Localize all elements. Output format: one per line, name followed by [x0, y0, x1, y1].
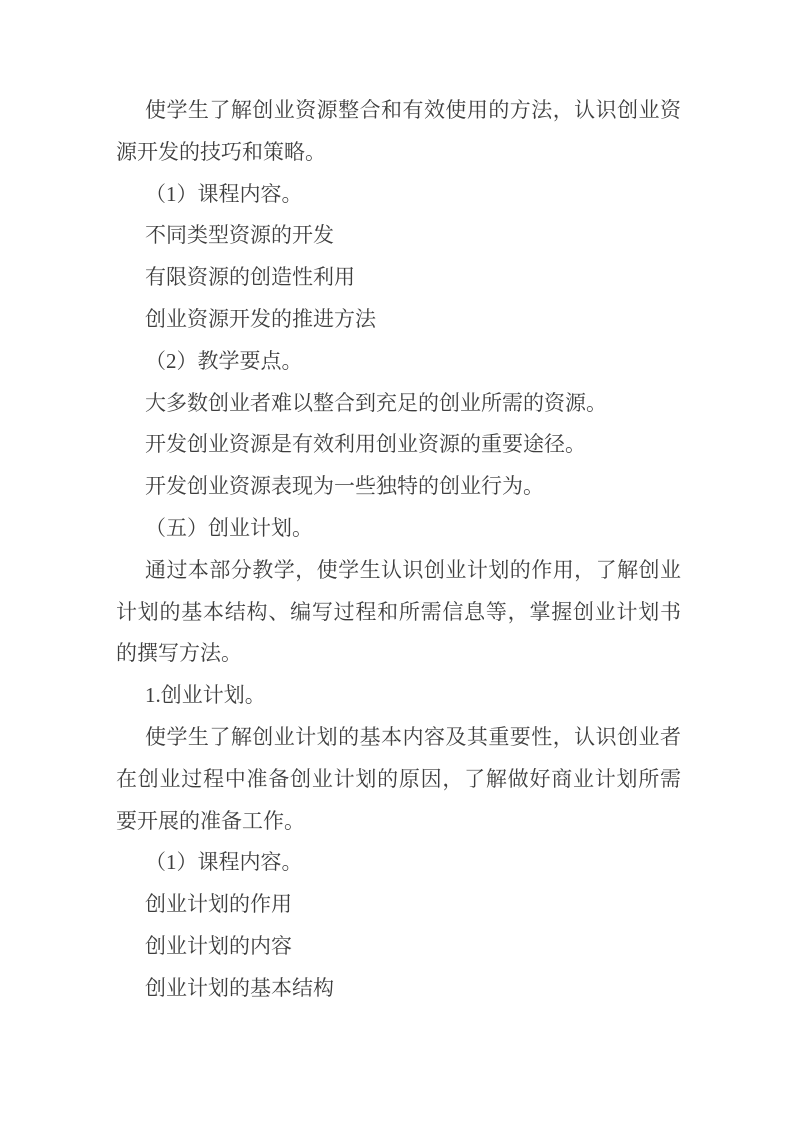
- paragraph: （2）教学要点。: [116, 341, 681, 383]
- document-page: 使学生了解创业资源整合和有效使用的方法，认识创业资源开发的技巧和策略。（1）课程…: [0, 0, 793, 1122]
- paragraph: 开发创业资源是有效利用创业资源的重要途径。: [116, 424, 681, 466]
- paragraph: 使学生了解创业资源整合和有效使用的方法，认识创业资源开发的技巧和策略。: [116, 90, 681, 174]
- paragraph: 使学生了解创业计划的基本内容及其重要性，认识创业者在创业过程中准备创业计划的原因…: [116, 717, 681, 842]
- paragraph: 不同类型资源的开发: [116, 215, 681, 257]
- paragraph: 通过本部分教学，使学生认识创业计划的作用，了解创业计划的基本结构、编写过程和所需…: [116, 550, 681, 675]
- paragraph: 创业计划的内容: [116, 926, 681, 968]
- paragraph: （1）课程内容。: [116, 842, 681, 884]
- paragraph: （五）创业计划。: [116, 508, 681, 550]
- paragraph: 有限资源的创造性利用: [116, 257, 681, 299]
- paragraph: 创业资源开发的推进方法: [116, 299, 681, 341]
- paragraph: （1）课程内容。: [116, 174, 681, 216]
- paragraph: 1.创业计划。: [116, 675, 681, 717]
- paragraph: 创业计划的作用: [116, 884, 681, 926]
- paragraph: 开发创业资源表现为一些独特的创业行为。: [116, 466, 681, 508]
- paragraph: 创业计划的基本结构: [116, 968, 681, 1010]
- document-body: 使学生了解创业资源整合和有效使用的方法，认识创业资源开发的技巧和策略。（1）课程…: [116, 90, 681, 1010]
- paragraph: 大多数创业者难以整合到充足的创业所需的资源。: [116, 383, 681, 425]
